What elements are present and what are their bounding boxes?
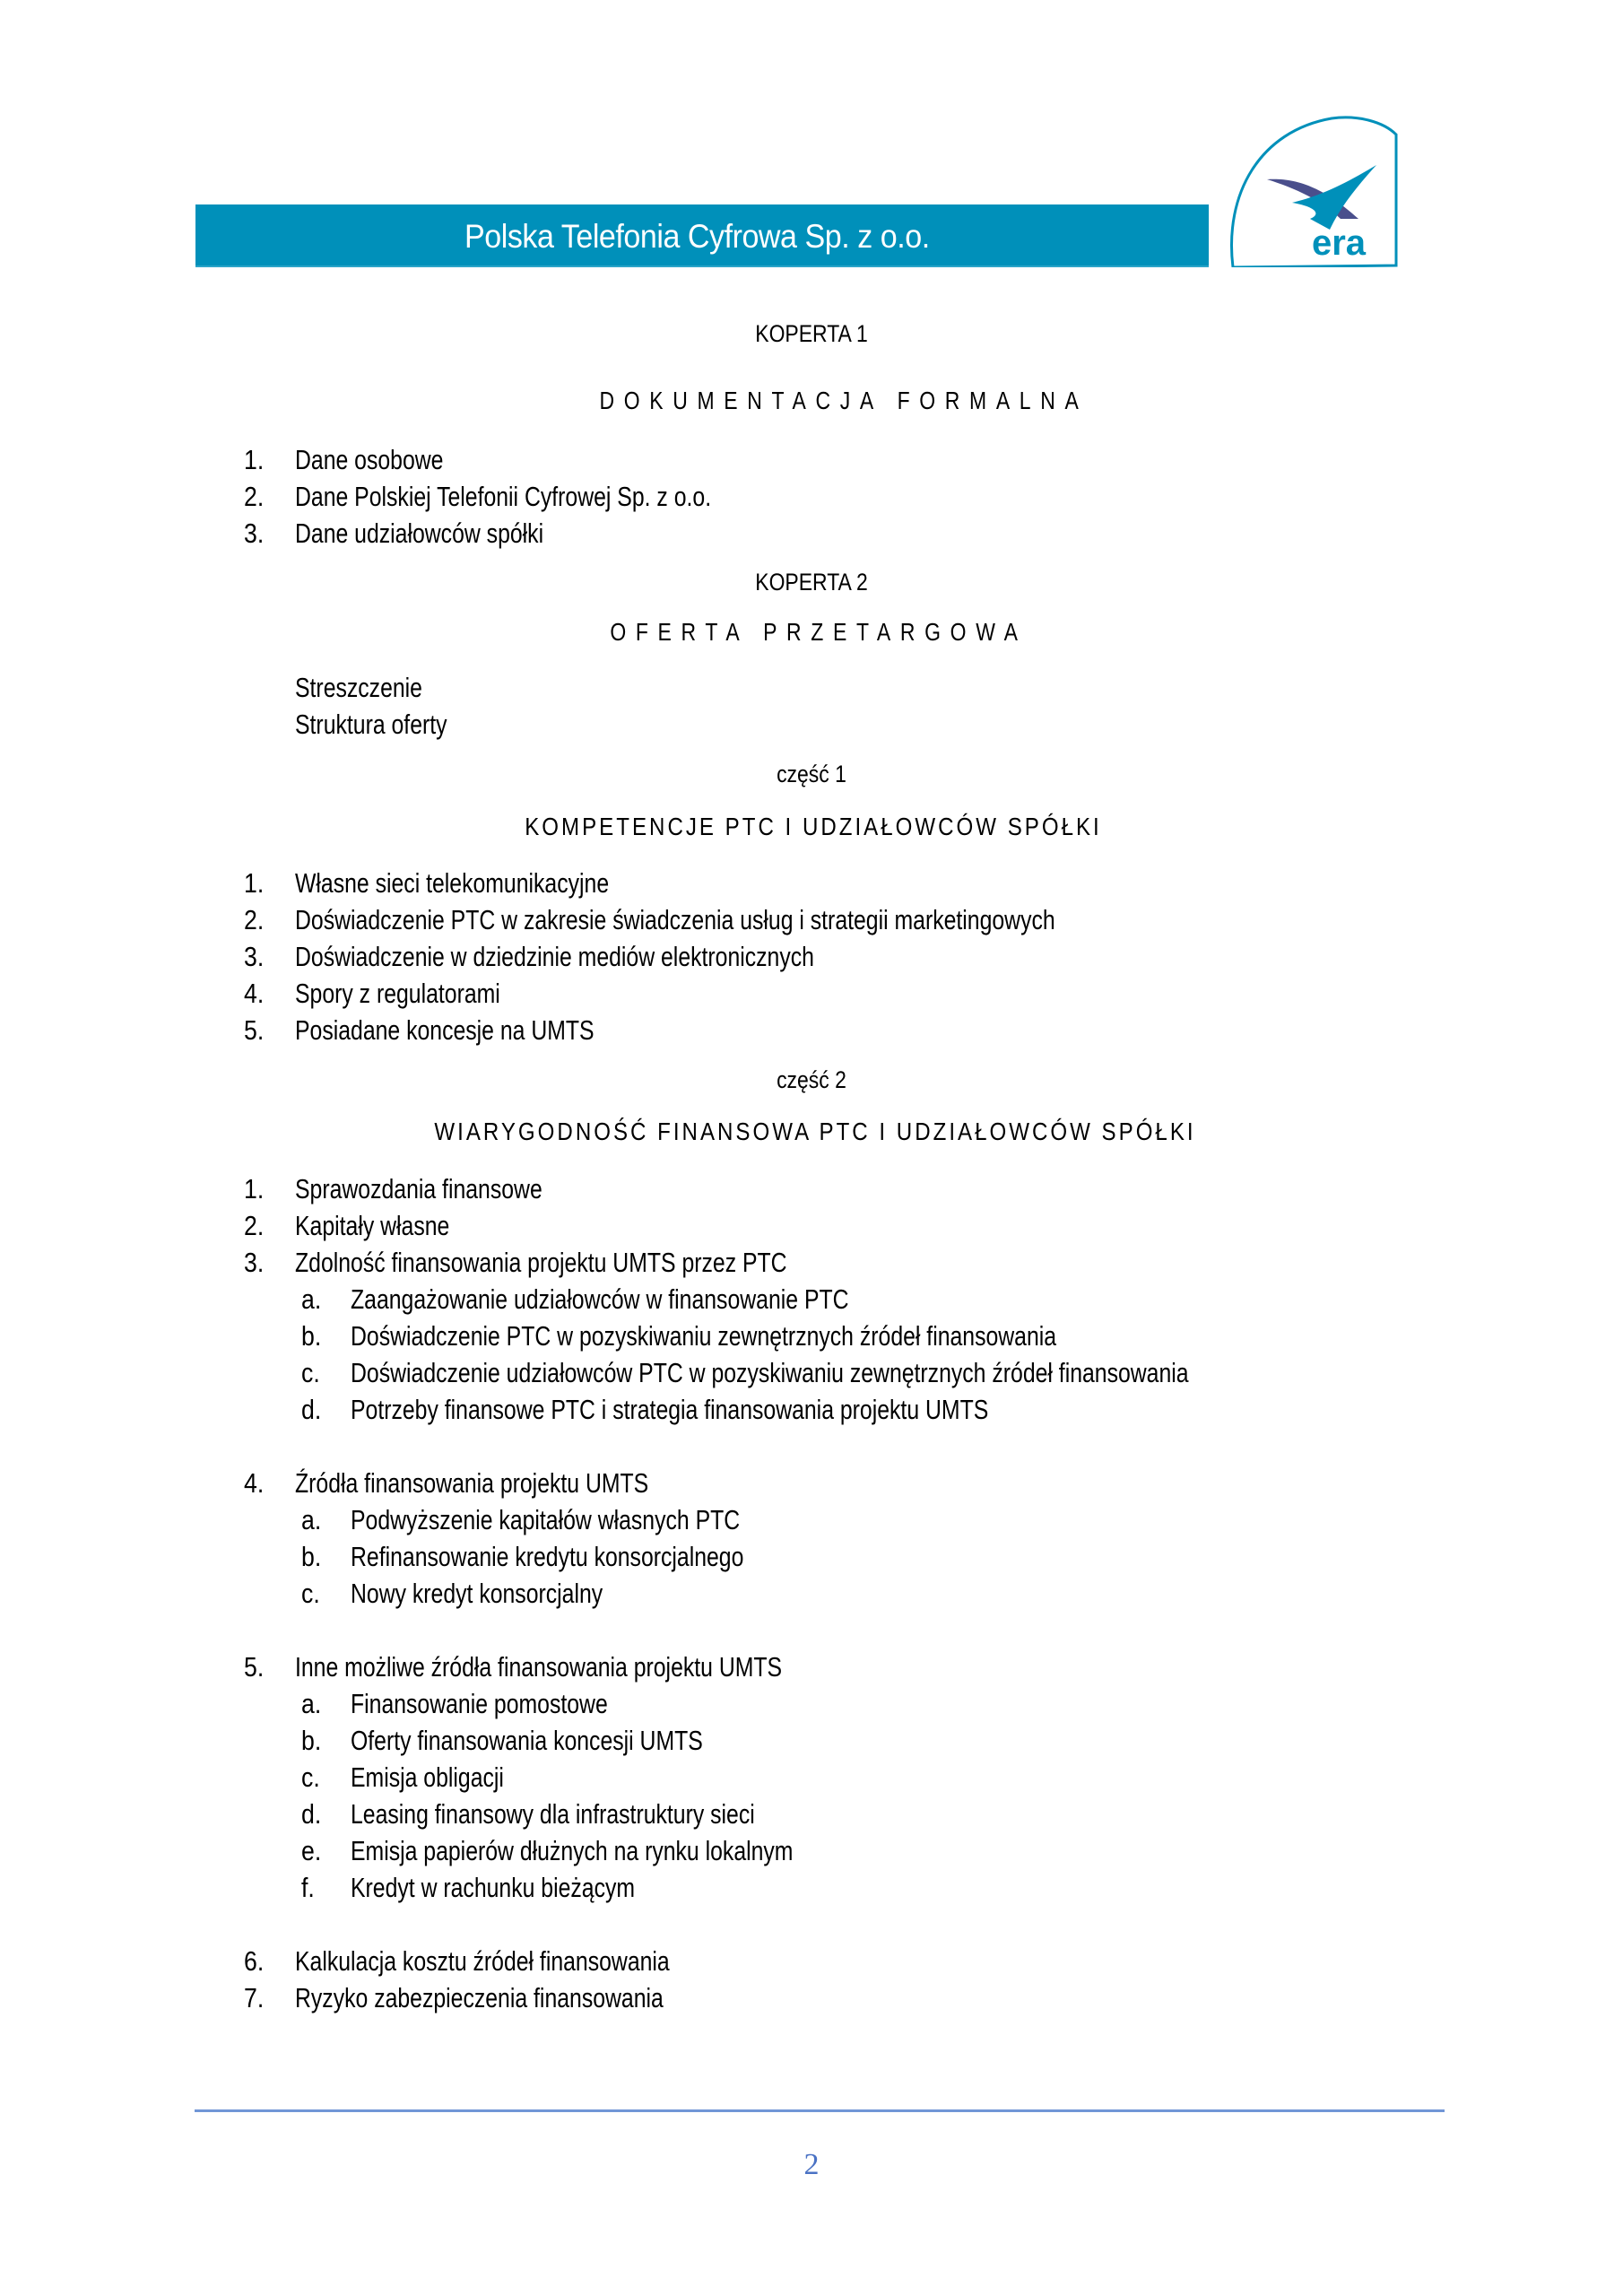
header-bar: Polska Telefonia Cyfrowa Sp. z o.o. bbox=[195, 204, 1209, 267]
company-name: Polska Telefonia Cyfrowa Sp. z o.o. bbox=[464, 204, 930, 265]
czesc2-label: część 2 bbox=[122, 1066, 1502, 1094]
footer-divider bbox=[195, 2109, 1445, 2112]
page-number: 2 bbox=[0, 2148, 1623, 2182]
koperta2-title: OFERTA PRZETARGOWA bbox=[153, 618, 1484, 647]
koperta2-label: KOPERTA 2 bbox=[122, 569, 1502, 596]
intro-structure: Struktura oferty bbox=[295, 706, 447, 743]
era-bird-logo-icon: era bbox=[1224, 113, 1399, 267]
czesc1-label: część 1 bbox=[122, 761, 1502, 788]
intro-summary: Streszczenie bbox=[295, 669, 422, 706]
koperta1-title: DOKUMENTACJA FORMALNA bbox=[178, 387, 1509, 415]
czesc1-title: KOMPETENCJE PTC I UDZIAŁOWCÓW SPÓŁKI bbox=[116, 813, 1512, 841]
czesc2-title: WIARYGODNOŚĆ FINANSOWA PTC I UDZIAŁOWCÓW… bbox=[117, 1118, 1514, 1146]
logo-text: era bbox=[1312, 223, 1367, 263]
koperta1-label: KOPERTA 1 bbox=[122, 320, 1502, 348]
